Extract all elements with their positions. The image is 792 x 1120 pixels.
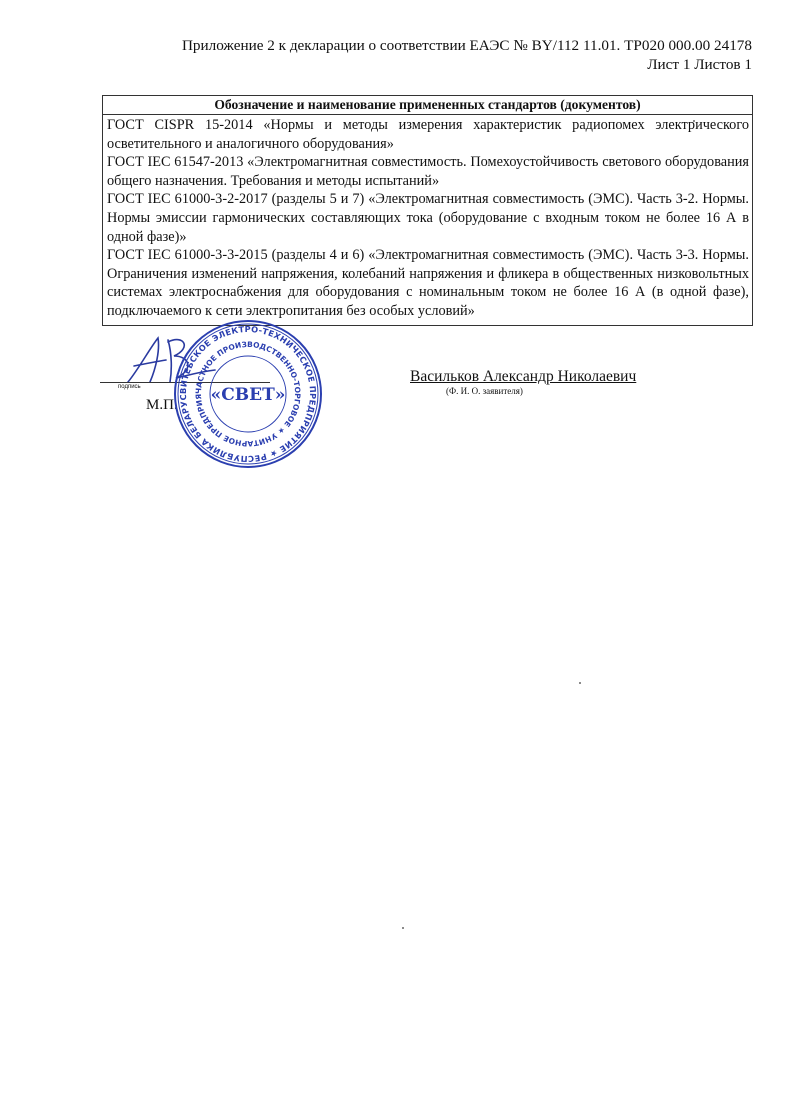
- scan-speck: [579, 682, 581, 684]
- stamp-center-text: «СВЕТ»: [211, 385, 286, 405]
- scan-speck: [693, 120, 695, 122]
- scan-speck: [402, 927, 404, 929]
- standard-entry: ГОСТ IEC 61000-3-3-2015 (разделы 4 и 6) …: [107, 246, 749, 320]
- standards-table: Обозначение и наименование примененных с…: [102, 95, 753, 326]
- standard-entry: ГОСТ CISPR 15-2014 «Нормы и методы измер…: [107, 116, 749, 153]
- standards-table-body: ГОСТ CISPR 15-2014 «Нормы и методы измер…: [103, 115, 752, 325]
- standard-entry: ГОСТ IEC 61547-2013 «Электромагнитная со…: [107, 153, 749, 190]
- applicant-caption: (Ф. И. О. заявителя): [446, 386, 523, 396]
- signature-label: подпись: [118, 384, 141, 390]
- standards-table-heading: Обозначение и наименование примененных с…: [103, 96, 752, 115]
- company-stamp-icon: ВИТЕБСКОЕ ЭЛЕКТРО-ТЕХНИЧЕСКОЕ ПРЕДПРИЯТИ…: [172, 318, 324, 470]
- appendix-title: Приложение 2 к декларации о соответствии…: [182, 36, 752, 55]
- standard-entry: ГОСТ IEC 61000-3-2-2017 (разделы 5 и 7) …: [107, 190, 749, 246]
- applicant-name: Васильков Александр Николаевич: [410, 368, 636, 386]
- sheet-number: Лист 1 Листов 1: [647, 55, 752, 74]
